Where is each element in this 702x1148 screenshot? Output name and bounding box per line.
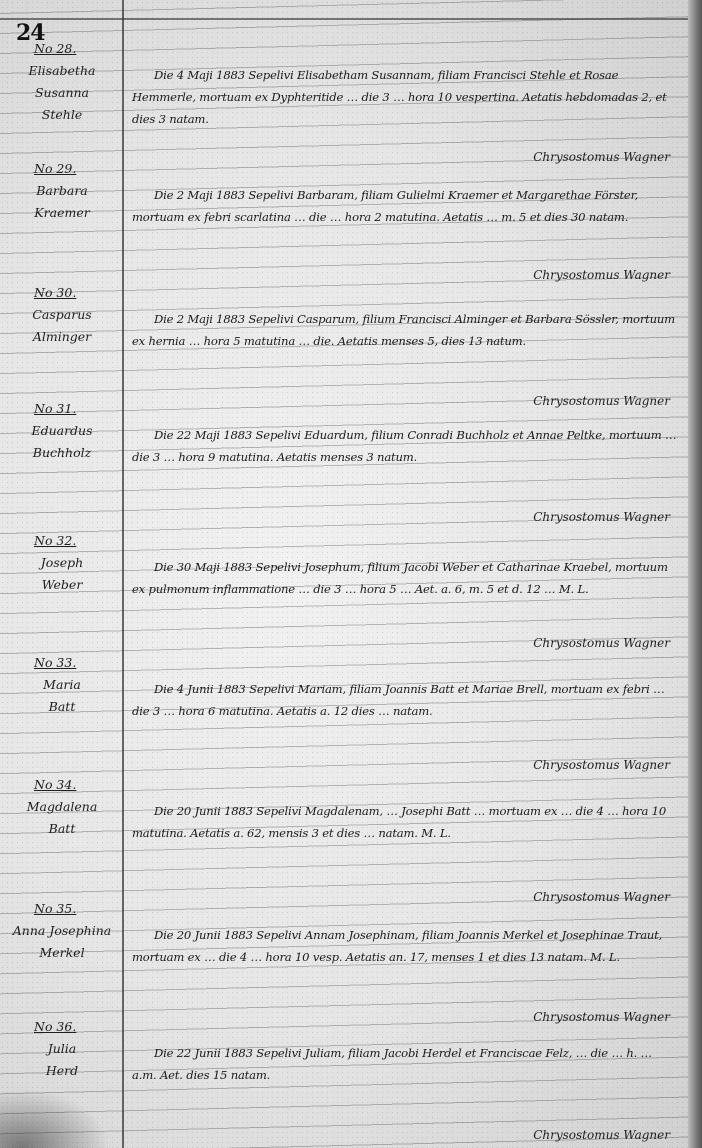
deceased-surname: Herd: [4, 1060, 120, 1082]
top-rule: [0, 18, 688, 20]
entry-number: No 29.: [4, 158, 120, 180]
page-edge-shadow: [688, 0, 702, 1148]
deceased-given-name: Maria: [4, 674, 120, 696]
entry-margin: No 30. Casparus Alminger: [4, 282, 120, 348]
burial-entry: No 36. Julia Herd Die 22 Junii 1883 Sepe…: [0, 1016, 688, 1136]
burial-entry: No 34. Magdalena Batt Die 20 Junii 1883 …: [0, 774, 688, 894]
entry-text: Die 20 Junii 1883 Sepelivi Magdalenam, ……: [132, 800, 678, 844]
burial-entry: No 30. Casparus Alminger Die 2 Maji 1883…: [0, 282, 688, 402]
priest-signature: Chrysostomus Wagner: [533, 268, 670, 282]
deceased-surname: Buchholz: [4, 442, 120, 464]
entry-text: Die 20 Junii 1883 Sepelivi Annam Josephi…: [132, 924, 678, 968]
deceased-surname: Merkel: [4, 942, 120, 964]
entry-number: No 35.: [4, 898, 120, 920]
priest-signature: Chrysostomus Wagner: [533, 758, 670, 772]
entry-text: Die 2 Maji 1883 Sepelivi Barbaram, filia…: [132, 184, 678, 228]
entry-number: No 33.: [4, 652, 120, 674]
entry-margin: No 35. Anna Josephina Merkel: [4, 898, 120, 964]
deceased-given-name: Elisabetha Susanna: [4, 60, 120, 104]
entry-number: No 30.: [4, 282, 120, 304]
priest-signature: Chrysostomus Wagner: [533, 636, 670, 650]
register-page: 24 No 28. Elisabetha Susanna Stehle Die …: [0, 0, 702, 1148]
burial-entry: No 29. Barbara Kraemer Die 2 Maji 1883 S…: [0, 158, 688, 278]
entry-number: No 31.: [4, 398, 120, 420]
burial-entry: No 28. Elisabetha Susanna Stehle Die 4 M…: [0, 38, 688, 158]
entry-text: Die 22 Junii 1883 Sepelivi Juliam, filia…: [132, 1042, 678, 1086]
entry-number: No 36.: [4, 1016, 120, 1038]
burial-entry: No 33. Maria Batt Die 4 Junii 1883 Sepel…: [0, 652, 688, 772]
priest-signature: Chrysostomus Wagner: [533, 510, 670, 524]
entry-text: Die 30 Maji 1883 Sepelivi Josephum, fili…: [132, 556, 678, 600]
entry-margin: No 36. Julia Herd: [4, 1016, 120, 1082]
entry-text: Die 2 Maji 1883 Sepelivi Casparum, filiu…: [132, 308, 678, 352]
entry-margin: No 34. Magdalena Batt: [4, 774, 120, 840]
deceased-given-name: Casparus: [4, 304, 120, 326]
deceased-surname: Batt: [4, 696, 120, 718]
entry-margin: No 33. Maria Batt: [4, 652, 120, 718]
burial-entry: No 31. Eduardus Buchholz Die 22 Maji 188…: [0, 398, 688, 518]
deceased-given-name: Julia: [4, 1038, 120, 1060]
priest-signature: Chrysostomus Wagner: [533, 1128, 670, 1142]
entry-margin: No 29. Barbara Kraemer: [4, 158, 120, 224]
entry-number: No 32.: [4, 530, 120, 552]
entry-text: Die 22 Maji 1883 Sepelivi Eduardum, fili…: [132, 424, 678, 468]
entry-margin: No 32. Joseph Weber: [4, 530, 120, 596]
deceased-surname: Weber: [4, 574, 120, 596]
deceased-given-name: Barbara: [4, 180, 120, 202]
deceased-given-name: Joseph: [4, 552, 120, 574]
entry-text: Die 4 Maji 1883 Sepelivi Elisabetham Sus…: [132, 64, 678, 130]
deceased-given-name: Magdalena: [4, 796, 120, 818]
entry-number: No 34.: [4, 774, 120, 796]
burial-entry: No 32. Joseph Weber Die 30 Maji 1883 Sep…: [0, 530, 688, 650]
deceased-surname: Batt: [4, 818, 120, 840]
entry-text: Die 4 Junii 1883 Sepelivi Mariam, filiam…: [132, 678, 678, 722]
deceased-surname: Alminger: [4, 326, 120, 348]
burial-entry: No 35. Anna Josephina Merkel Die 20 Juni…: [0, 898, 688, 1018]
deceased-given-name: Anna Josephina: [4, 920, 120, 942]
entry-margin: No 31. Eduardus Buchholz: [4, 398, 120, 464]
deceased-given-name: Eduardus: [4, 420, 120, 442]
entry-number: No 28.: [4, 38, 120, 60]
deceased-surname: Stehle: [4, 104, 120, 126]
deceased-surname: Kraemer: [4, 202, 120, 224]
entry-margin: No 28. Elisabetha Susanna Stehle: [4, 38, 120, 126]
